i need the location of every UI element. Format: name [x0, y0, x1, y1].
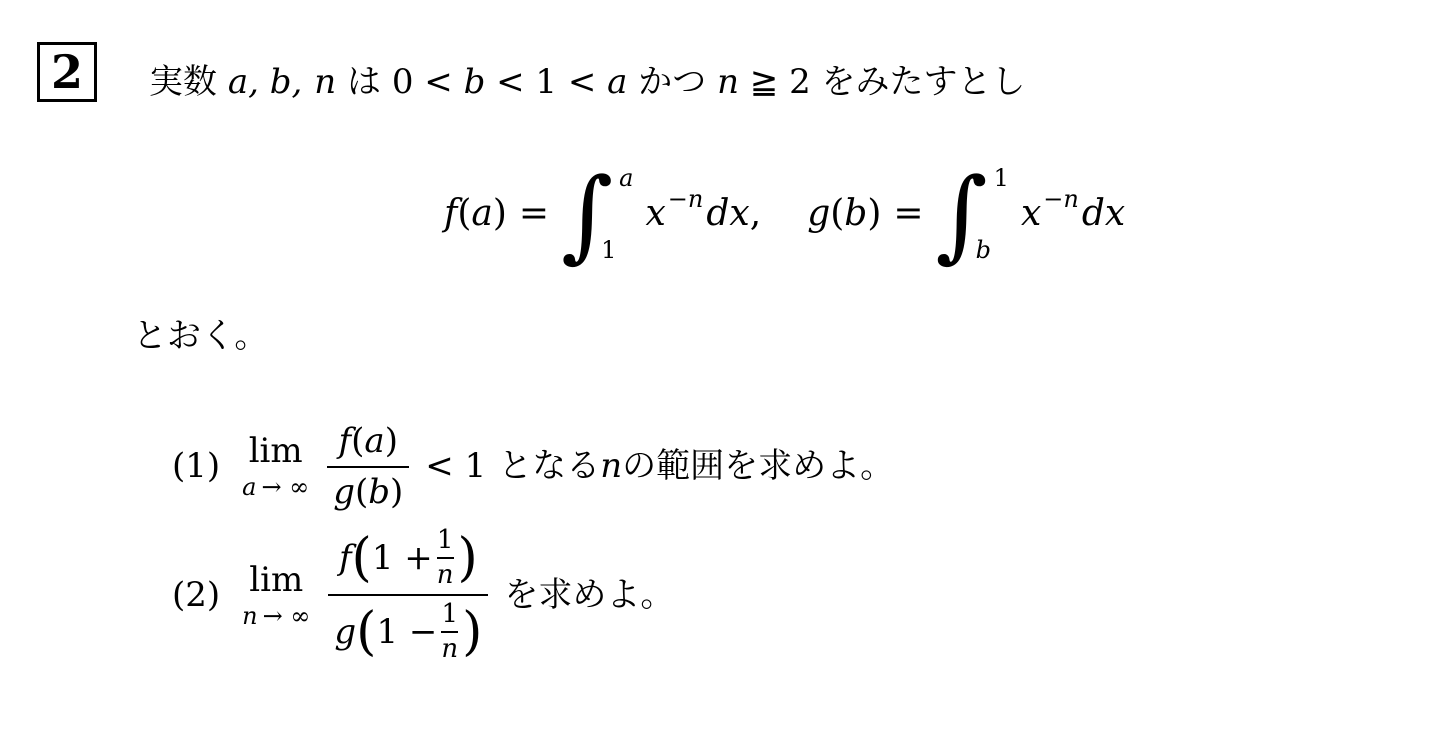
math-op: ≧ 2 — [739, 62, 822, 102]
small-fraction-1-over-n: 1n — [441, 600, 458, 664]
math-var-x: x — [645, 192, 665, 235]
small-frac-numerator: 1 — [441, 600, 458, 629]
paren-close: ) — [458, 536, 478, 580]
fraction-denominator: g(b) — [327, 472, 409, 513]
differential-dx: dx — [706, 192, 749, 235]
math-var-n: n — [600, 446, 622, 487]
fraction-bar — [437, 557, 454, 559]
math-problem-page: 2 実数 a, b,n は 0 < b < 1 < a かつ n ≧ 2 をみた… — [0, 0, 1429, 747]
math-func-g: g — [334, 612, 356, 653]
differential-dx: dx — [1082, 192, 1125, 235]
math-func-f: f — [339, 421, 352, 462]
lim-word: lim — [249, 434, 303, 468]
lim-word: lim — [249, 563, 303, 597]
math-op: < 1 < — [485, 62, 607, 102]
paren-open: ( — [351, 421, 364, 462]
paren-open: ( — [830, 192, 844, 235]
integral-upper-bound: 1 — [994, 166, 1009, 190]
small-fraction-1-over-n: 1n — [437, 526, 454, 590]
fraction-numerator: f(a) — [333, 421, 404, 462]
paren-open: ( — [356, 610, 376, 654]
exponent: −n — [1043, 185, 1079, 214]
lim-var: a — [242, 475, 256, 499]
math-var-b: b — [464, 62, 486, 102]
paren-open: ( — [355, 472, 368, 513]
fraction-bar — [327, 466, 409, 468]
limit-operator: lim a→ ∞ — [242, 434, 309, 499]
math-op: 1 + — [372, 538, 433, 579]
question-label: (2) — [172, 575, 220, 616]
integral-f: ∫ a 1 — [561, 166, 633, 262]
comma: , — [750, 192, 761, 235]
fraction-limit-expression: f(1 +1n) g(1 −1n) — [328, 526, 488, 664]
integral-g: ∫ 1 b — [936, 166, 1009, 262]
math-func-f: f — [444, 192, 457, 235]
small-frac-numerator: 1 — [437, 526, 454, 555]
inequality: < 1 — [425, 446, 486, 487]
equals-sign: = — [893, 192, 923, 235]
fraction-denominator: g(1 −1n) — [328, 600, 488, 664]
question-text: の範囲を求めよ。 — [622, 446, 894, 487]
lim-var: n — [242, 604, 257, 628]
math-op: 1 − — [376, 612, 437, 653]
equals-sign: = — [519, 192, 549, 235]
intro-text: かつ — [627, 62, 717, 102]
math-var-a: a — [471, 192, 492, 235]
paren-open: ( — [352, 536, 372, 580]
problem-number-box: 2 — [37, 42, 97, 102]
paren-close: ) — [390, 472, 403, 513]
lim-subscript: a→ ∞ — [242, 475, 309, 499]
fraction-numerator: f(1 +1n) — [333, 526, 484, 590]
math-var-b: b — [368, 472, 390, 513]
math-var-a: a — [364, 421, 384, 462]
intro-text: をみたすとし — [822, 62, 1026, 102]
paren-close: ) — [385, 421, 398, 462]
paren-open: ( — [457, 192, 471, 235]
integral-lower-bound: b — [976, 238, 1009, 262]
integral-lower-bound: 1 — [601, 238, 633, 262]
paren-close: ) — [462, 610, 482, 654]
problem-number: 2 — [51, 49, 83, 95]
exponent: −n — [668, 185, 704, 214]
math-var-n: n — [717, 62, 739, 102]
math-var-x: x — [1021, 192, 1041, 235]
integral-upper-bound: a — [619, 166, 633, 190]
arrow-infinity: → ∞ — [263, 604, 311, 628]
define-text: とおく。 — [133, 316, 268, 357]
question-text: を求めよ。 — [504, 575, 674, 616]
math-var-a: a — [607, 62, 627, 102]
intro-text: は — [336, 62, 392, 102]
integral-bounds: a 1 — [613, 166, 633, 262]
math-func-g: g — [807, 192, 830, 235]
math-var-n: n — [314, 62, 336, 102]
arrow-infinity: → ∞ — [261, 475, 309, 499]
limit-operator: lim n→ ∞ — [242, 563, 310, 628]
intro-line: 実数 a, b,n は 0 < b < 1 < a かつ n ≧ 2 をみたすと… — [149, 62, 1026, 103]
math-func-g: g — [333, 472, 355, 513]
paren-close: ) — [493, 192, 507, 235]
question-text: となる — [498, 446, 600, 487]
small-frac-denominator: n — [437, 561, 454, 590]
math-op: 0 < — [392, 62, 464, 102]
display-equation: f(a) = ∫ a 1 x−ndx, g(b) = ∫ 1 b x−ndx — [444, 163, 1125, 265]
fraction-bar — [328, 594, 488, 596]
fraction-f-over-g: f(a) g(b) — [327, 421, 409, 513]
integral-bounds: 1 b — [988, 166, 1009, 262]
math-vars-ab: a, b, — [228, 62, 302, 102]
math-var-b: b — [844, 192, 867, 235]
math-func-f: f — [339, 538, 352, 579]
lim-subscript: n→ ∞ — [242, 604, 310, 628]
paren-close: ) — [867, 192, 881, 235]
intro-text: 実数 — [149, 62, 228, 102]
question-label: (1) — [172, 446, 220, 487]
question-2: (2) lim n→ ∞ f(1 +1n) g(1 −1n) を求めよ。 — [172, 526, 674, 664]
fraction-bar — [441, 631, 458, 633]
question-1: (1) lim a→ ∞ f(a) g(b) < 1となる n の範囲を求めよ。 — [172, 421, 894, 513]
small-frac-denominator: n — [441, 635, 458, 664]
